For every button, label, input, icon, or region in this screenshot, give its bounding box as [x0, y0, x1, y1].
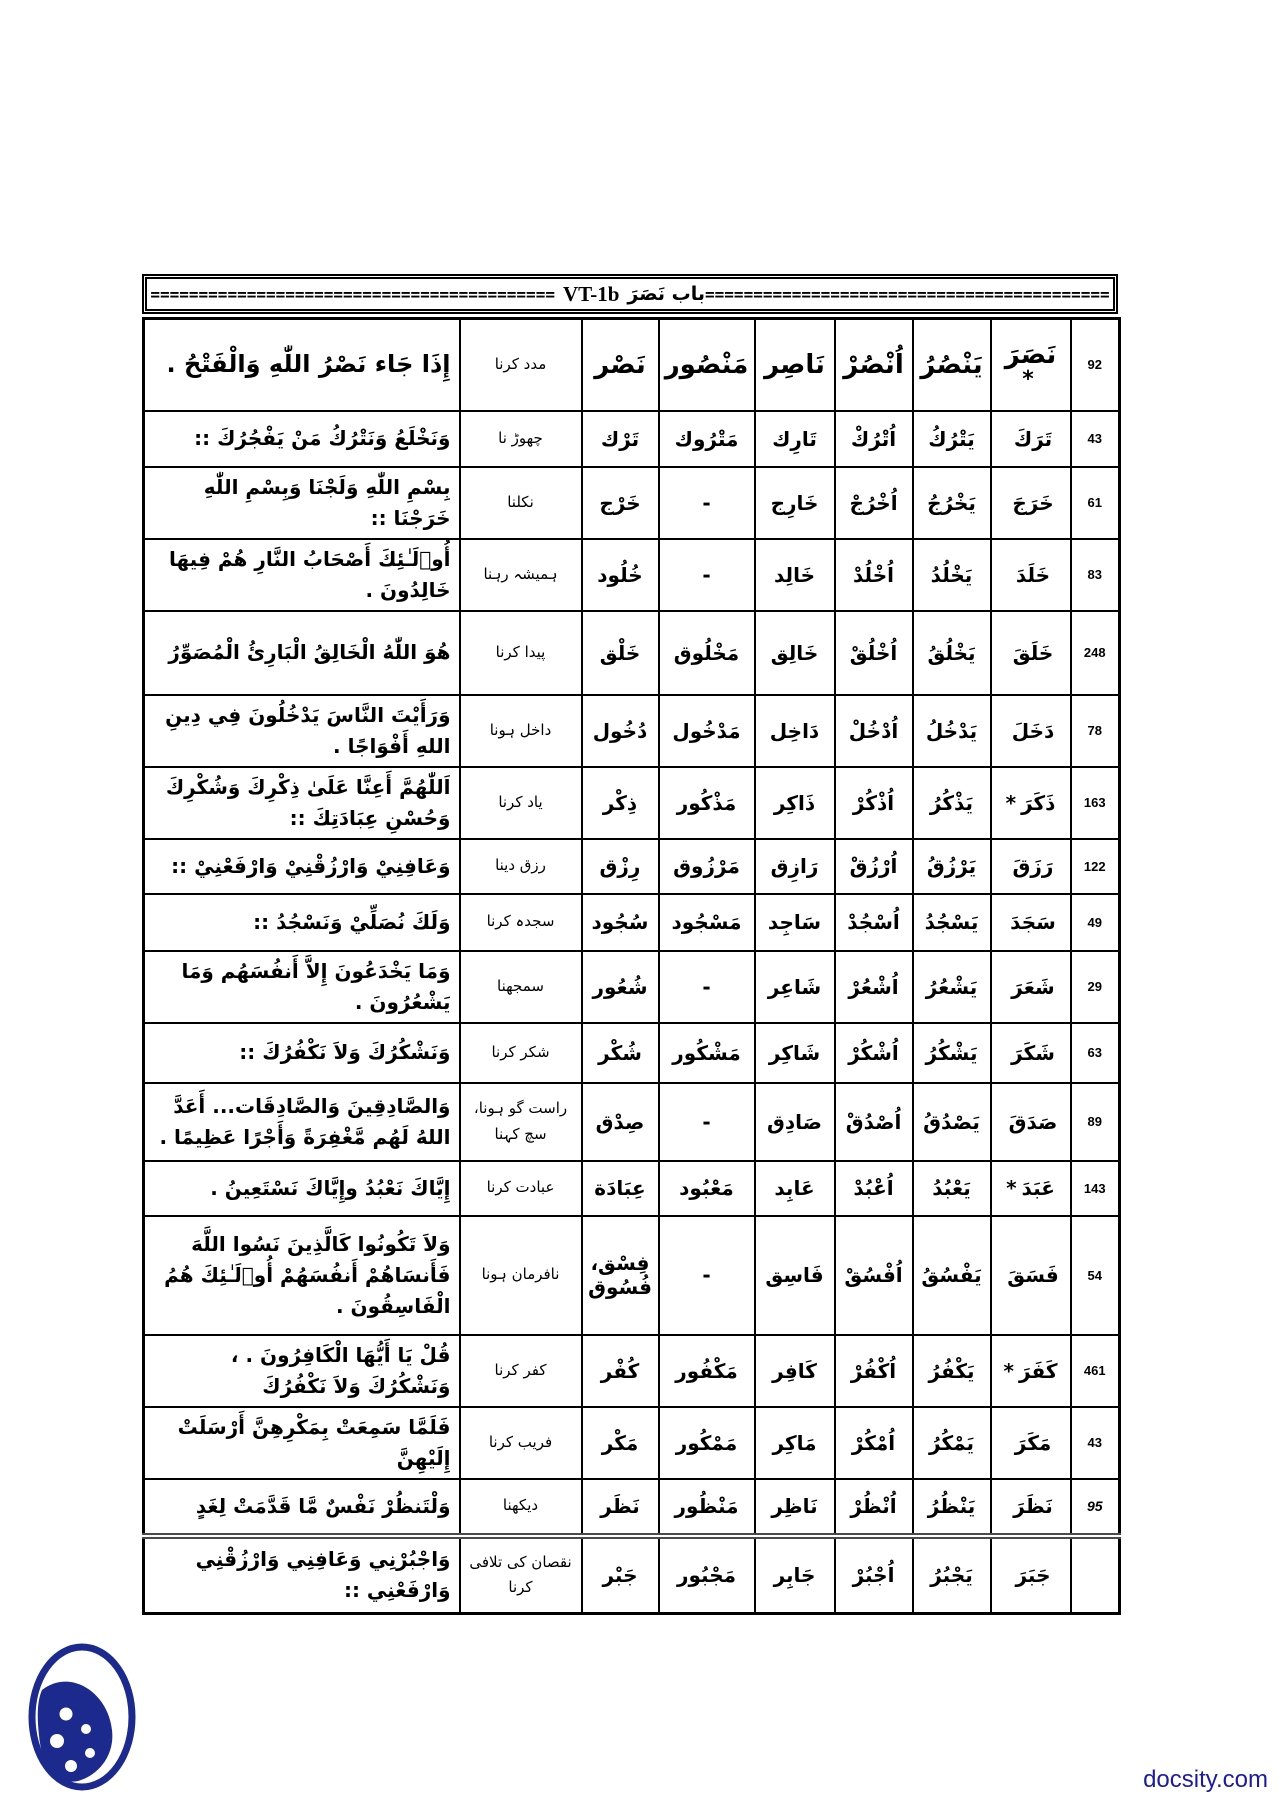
- cell-present-tense: يَخْرُجُ: [913, 467, 991, 539]
- cell-masdar: شُكْر: [582, 1023, 659, 1083]
- frequency-star-marker: *: [1006, 1176, 1016, 1200]
- cell-imperative: اُخْلُدْ: [835, 539, 913, 611]
- cell-passive-participle: مَرْزُوق: [659, 839, 755, 894]
- cell-active-participle: خَالِد: [755, 539, 835, 611]
- frequency-star-marker: *: [995, 370, 1062, 390]
- cell-passive-participle: -: [659, 539, 755, 611]
- cell-active-participle: مَاكِر: [755, 1407, 835, 1479]
- cell-serial-number: 92: [1071, 319, 1120, 411]
- page-header-box: ========================================…: [142, 274, 1118, 314]
- cell-imperative: اُسْجُدْ: [835, 894, 913, 951]
- table-row: جَبَرَ يَجْبُرُ اُجْبُرْ جَابِر مَجْبُور…: [144, 1536, 1120, 1614]
- past-verb: نَظَرَ: [1013, 1494, 1052, 1518]
- cell-present-tense: يَشْعُرُ: [913, 951, 991, 1023]
- cell-imperative: اُنْصُرْ: [835, 319, 913, 411]
- cell-imperative: اُذْكُرْ: [835, 767, 913, 839]
- cell-past-tense: رَزَقَ: [991, 839, 1071, 894]
- cell-urdu-meaning: مدد کرنا: [460, 319, 582, 411]
- cell-passive-participle: مَنْصُور: [659, 319, 755, 411]
- cell-imperative: اُدْخُلْ: [835, 695, 913, 767]
- table-row: 95 نَظَرَ يَنْظُرُ اُنْظُرْ نَاظِر مَنْظ…: [144, 1479, 1120, 1536]
- cell-past-tense: صَدَقَ: [991, 1083, 1071, 1161]
- table-row: 122 رَزَقَ يَرْزُقُ اُرْزُقْ رَازِق مَرْ…: [144, 839, 1120, 894]
- cell-past-tense: شَعَرَ: [991, 951, 1071, 1023]
- cell-serial-number: 43: [1071, 411, 1120, 467]
- cell-present-tense: يَخْلُقُ: [913, 611, 991, 695]
- table-row: 143 عَبَدَ* يَعْبُدُ اُعْبُدْ عَابِد مَع…: [144, 1161, 1120, 1216]
- past-verb: مَكَرَ: [1015, 1431, 1051, 1455]
- cell-past-tense: خَرَجَ: [991, 467, 1071, 539]
- cell-quran-example: وَالصَّادِقِينَ وَالصَّادِقَات... أَعَدَ…: [144, 1083, 460, 1161]
- cell-active-participle: سَاجِد: [755, 894, 835, 951]
- verb-table-body: 92 نَصَرَ* يَنْصُرُ اُنْصُرْ نَاصِر مَنْ…: [144, 319, 1120, 1614]
- cell-passive-participle: مَسْجُود: [659, 894, 755, 951]
- cell-quran-example: إِذَا جَاء نَصْرُ اللّٰهِ وَالْفَتْحُ .: [144, 319, 460, 411]
- cell-passive-participle: مَدْخُول: [659, 695, 755, 767]
- cell-quran-example: وَلْتَنظُرْ نَفْسٌ مَّا قَدَّمَتْ لِغَدٍ: [144, 1479, 460, 1536]
- cell-quran-example: وَنَشْكُرُكَ وَلاَ نَكْفُرُكَ ::: [144, 1023, 460, 1083]
- cell-urdu-meaning: راست گو ہونا، سچ کہنا: [460, 1083, 582, 1161]
- cell-quran-example: وَلاَ تَكُونُوا كَالَّذِينَ نَسُوا اللَّ…: [144, 1216, 460, 1335]
- table-row: 78 دَخَلَ يَدْخُلُ اُدْخُلْ دَاخِل مَدْخ…: [144, 695, 1120, 767]
- cell-urdu-meaning: شکر کرنا: [460, 1023, 582, 1083]
- cell-serial-number: 54: [1071, 1216, 1120, 1335]
- cell-passive-participle: مَخْلُوق: [659, 611, 755, 695]
- cell-passive-participle: مَتْرُوك: [659, 411, 755, 467]
- docsity-logo-icon: [26, 1642, 138, 1792]
- docsity-logo: [26, 1642, 138, 1792]
- table-row: 43 تَرَكَ يَتْرُكُ اُتْرُكْ تَارِك مَتْر…: [144, 411, 1120, 467]
- cell-masdar: سُجُود: [582, 894, 659, 951]
- cell-imperative: اُمْكُرْ: [835, 1407, 913, 1479]
- cell-masdar: خَرْج: [582, 467, 659, 539]
- cell-quran-example: بِسْمِ اللّٰهِ وَلَجْنَا وَبِسْمِ اللّٰه…: [144, 467, 460, 539]
- past-verb: شَعَرَ: [1011, 975, 1054, 999]
- cell-past-tense: خَلَقَ: [991, 611, 1071, 695]
- past-verb: خَلَدَ: [1016, 563, 1050, 587]
- cell-present-tense: يَصْدُقُ: [913, 1083, 991, 1161]
- past-verb: سَجَدَ: [1010, 910, 1056, 934]
- cell-past-tense: كَفَرَ*: [991, 1335, 1071, 1407]
- cell-urdu-meaning: عبادت کرنا: [460, 1161, 582, 1216]
- cell-urdu-meaning: ہمیشہ رہنا: [460, 539, 582, 611]
- cell-imperative: اُصْدُقْ: [835, 1083, 913, 1161]
- cell-masdar: تَرْك: [582, 411, 659, 467]
- equals-right-decoration: ========================================…: [705, 285, 1110, 304]
- cell-urdu-meaning: چھوڑ نا: [460, 411, 582, 467]
- cell-active-participle: عَابِد: [755, 1161, 835, 1216]
- cell-present-tense: يَسْجُدُ: [913, 894, 991, 951]
- cell-serial-number: [1071, 1536, 1120, 1614]
- frequency-star-marker: *: [1006, 791, 1016, 815]
- cell-urdu-meaning: داخل ہونا: [460, 695, 582, 767]
- cell-urdu-meaning: سجدہ کرنا: [460, 894, 582, 951]
- scanned-page: ========================================…: [0, 0, 1280, 1811]
- cell-masdar: خُلُود: [582, 539, 659, 611]
- cell-active-participle: صَادِق: [755, 1083, 835, 1161]
- cell-imperative: اُجْبُرْ: [835, 1536, 913, 1614]
- cell-past-tense: نَصَرَ*: [991, 319, 1071, 411]
- cell-active-participle: خَالِق: [755, 611, 835, 695]
- cell-urdu-meaning: نقصان کی تلافی کرنا: [460, 1536, 582, 1614]
- cell-present-tense: يَنْصُرُ: [913, 319, 991, 411]
- table-row: 461 كَفَرَ* يَكْفُرُ اُكْفُرْ كَافِر مَك…: [144, 1335, 1120, 1407]
- cell-imperative: اُفْسُقْ: [835, 1216, 913, 1335]
- cell-serial-number: 122: [1071, 839, 1120, 894]
- cell-past-tense: جَبَرَ: [991, 1536, 1071, 1614]
- cell-masdar: رِزْق: [582, 839, 659, 894]
- cell-past-tense: شَكَرَ: [991, 1023, 1071, 1083]
- cell-present-tense: يَخْلُدُ: [913, 539, 991, 611]
- cell-passive-participle: مَشْكُور: [659, 1023, 755, 1083]
- table-row: 61 خَرَجَ يَخْرُجُ اُخْرُجْ خَارِج - خَر…: [144, 467, 1120, 539]
- cell-active-participle: دَاخِل: [755, 695, 835, 767]
- cell-quran-example: أُو۟لَـٰئِكَ أَصْحَابُ النَّارِ هُمْ فِي…: [144, 539, 460, 611]
- cell-present-tense: يَذْكُرُ: [913, 767, 991, 839]
- cell-serial-number: 43: [1071, 1407, 1120, 1479]
- cell-present-tense: يَفْسُقُ: [913, 1216, 991, 1335]
- cell-past-tense: نَظَرَ: [991, 1479, 1071, 1536]
- worksheet: ========================================…: [142, 274, 1118, 1615]
- cell-serial-number: 61: [1071, 467, 1120, 539]
- cell-quran-example: وَاجْبُرْنِي وَعَافِنِي وَارْزُقْنِي وَا…: [144, 1536, 460, 1614]
- cell-imperative: اُخْلُقْ: [835, 611, 913, 695]
- past-verb: عَبَدَ: [1022, 1176, 1055, 1200]
- frequency-star-marker: *: [1004, 1359, 1014, 1383]
- cell-quran-example: وَنَخْلَعُ وَنَتْرُكُ مَنْ يَفْجُرُكَ ::: [144, 411, 460, 467]
- cell-serial-number: 63: [1071, 1023, 1120, 1083]
- cell-active-participle: تَارِك: [755, 411, 835, 467]
- cell-active-participle: كَافِر: [755, 1335, 835, 1407]
- past-verb: ذَكَرَ: [1021, 791, 1055, 815]
- cell-present-tense: يَدْخُلُ: [913, 695, 991, 767]
- cell-passive-participle: -: [659, 467, 755, 539]
- past-verb: نَصَرَ: [1005, 340, 1057, 370]
- cell-active-participle: نَاصِر: [755, 319, 835, 411]
- cell-active-participle: ذَاكِر: [755, 767, 835, 839]
- past-verb: تَرَكَ: [1014, 427, 1052, 451]
- cell-quran-example: وَلَكَ نُصَلِّيْ وَنَسْجُدُ ::: [144, 894, 460, 951]
- cell-quran-example: قُلْ يَا أَيُّهَا الْكَافِرُونَ . ، وَنَ…: [144, 1335, 460, 1407]
- cell-quran-example: وَرَأَيْتَ النَّاسَ يَدْخُلُونَ فِي دِين…: [144, 695, 460, 767]
- past-verb: جَبَرَ: [1015, 1563, 1050, 1587]
- cell-urdu-meaning: یاد کرنا: [460, 767, 582, 839]
- cell-serial-number: 89: [1071, 1083, 1120, 1161]
- cell-masdar: نَصْر: [582, 319, 659, 411]
- cell-serial-number: 163: [1071, 767, 1120, 839]
- cell-masdar: عِبَادَة: [582, 1161, 659, 1216]
- table-row: 49 سَجَدَ يَسْجُدُ اُسْجُدْ سَاجِد مَسْج…: [144, 894, 1120, 951]
- cell-passive-participle: مَنْظُور: [659, 1479, 755, 1536]
- cell-passive-participle: -: [659, 1216, 755, 1335]
- cell-serial-number: 143: [1071, 1161, 1120, 1216]
- table-row: 54 فَسَقَ يَفْسُقُ اُفْسُقْ فَاسِق - فِس…: [144, 1216, 1120, 1335]
- cell-urdu-meaning: رزق دینا: [460, 839, 582, 894]
- cell-past-tense: تَرَكَ: [991, 411, 1071, 467]
- cell-passive-participle: مَعْبُود: [659, 1161, 755, 1216]
- cell-past-tense: عَبَدَ*: [991, 1161, 1071, 1216]
- table-row: 29 شَعَرَ يَشْعُرُ اُشْعُرْ شَاعِر - شُع…: [144, 951, 1120, 1023]
- cell-passive-participle: -: [659, 1083, 755, 1161]
- verb-conjugation-table: 92 نَصَرَ* يَنْصُرُ اُنْصُرْ نَاصِر مَنْ…: [142, 317, 1121, 1615]
- chapter-title: باب نَصَرَ: [627, 283, 705, 305]
- cell-urdu-meaning: سمجھنا: [460, 951, 582, 1023]
- docsity-watermark-link[interactable]: docsity.com: [1143, 1766, 1268, 1794]
- cell-active-participle: رَازِق: [755, 839, 835, 894]
- cell-past-tense: دَخَلَ: [991, 695, 1071, 767]
- cell-active-participle: نَاظِر: [755, 1479, 835, 1536]
- cell-present-tense: يَرْزُقُ: [913, 839, 991, 894]
- cell-quran-example: اَللّٰهُمَّ أَعِنَّا عَلَىٰ ذِكْرِكَ وَش…: [144, 767, 460, 839]
- cell-imperative: اُنْظُرْ: [835, 1479, 913, 1536]
- table-row: 63 شَكَرَ يَشْكُرُ اُشْكُرْ شَاكِر مَشْك…: [144, 1023, 1120, 1083]
- table-row: 163 ذَكَرَ* يَذْكُرُ اُذْكُرْ ذَاكِر مَذ…: [144, 767, 1120, 839]
- cell-active-participle: فَاسِق: [755, 1216, 835, 1335]
- cell-present-tense: يَشْكُرُ: [913, 1023, 991, 1083]
- equals-left-decoration: ========================================…: [150, 285, 555, 304]
- past-verb: رَزَقَ: [1013, 854, 1054, 878]
- past-verb: فَسَقَ: [1007, 1263, 1058, 1287]
- cell-past-tense: مَكَرَ: [991, 1407, 1071, 1479]
- past-verb: خَرَجَ: [1012, 491, 1053, 515]
- cell-urdu-meaning: کفر کرنا: [460, 1335, 582, 1407]
- cell-imperative: اُكْفُرْ: [835, 1335, 913, 1407]
- past-verb: صَدَقَ: [1009, 1110, 1058, 1134]
- cell-quran-example: إِيَّاكَ نَعْبُدُ وإِيَّاكَ نَسْتَعِينُ …: [144, 1161, 460, 1216]
- cell-quran-example: وَعَافِنِيْ وَارْزُقْنِيْ وَارْفَعْنِيْ …: [144, 839, 460, 894]
- vt-code-label: VT-1b: [563, 282, 619, 307]
- cell-passive-participle: مَكْفُور: [659, 1335, 755, 1407]
- cell-imperative: اُتْرُكْ: [835, 411, 913, 467]
- cell-serial-number: 248: [1071, 611, 1120, 695]
- cell-passive-participle: مَمْكُور: [659, 1407, 755, 1479]
- table-row: 83 خَلَدَ يَخْلُدُ اُخْلُدْ خَالِد - خُل…: [144, 539, 1120, 611]
- cell-imperative: اُعْبُدْ: [835, 1161, 913, 1216]
- past-verb: خَلَقَ: [1013, 641, 1054, 665]
- cell-present-tense: يَتْرُكُ: [913, 411, 991, 467]
- cell-masdar: خَلْق: [582, 611, 659, 695]
- cell-quran-example: فَلَمَّا سَمِعَتْ بِمَكْرِهِنَّ أَرْسَلَ…: [144, 1407, 460, 1479]
- cell-past-tense: فَسَقَ: [991, 1216, 1071, 1335]
- cell-passive-participle: مَجْبُور: [659, 1536, 755, 1614]
- cell-imperative: اُشْعُرْ: [835, 951, 913, 1023]
- cell-urdu-meaning: نکلنا: [460, 467, 582, 539]
- cell-masdar: دُخُول: [582, 695, 659, 767]
- table-row: 89 صَدَقَ يَصْدُقُ اُصْدُقْ صَادِق - صِد…: [144, 1083, 1120, 1161]
- cell-present-tense: يَنْظُرُ: [913, 1479, 991, 1536]
- cell-passive-participle: مَذْكُور: [659, 767, 755, 839]
- table-row: 248 خَلَقَ يَخْلُقُ اُخْلُقْ خَالِق مَخْ…: [144, 611, 1120, 695]
- cell-serial-number: 78: [1071, 695, 1120, 767]
- cell-imperative: اُشْكُرْ: [835, 1023, 913, 1083]
- cell-present-tense: يَكْفُرُ: [913, 1335, 991, 1407]
- cell-passive-participle: -: [659, 951, 755, 1023]
- cell-serial-number: 29: [1071, 951, 1120, 1023]
- cell-masdar: صِدْق: [582, 1083, 659, 1161]
- cell-active-participle: شَاعِر: [755, 951, 835, 1023]
- cell-serial-number: 461: [1071, 1335, 1120, 1407]
- cell-past-tense: خَلَدَ: [991, 539, 1071, 611]
- cell-quran-example: وَمَا يَخْدَعُونَ إِلاَّ أَنفُسَهُم وَمَ…: [144, 951, 460, 1023]
- cell-urdu-meaning: دیکھنا: [460, 1479, 582, 1536]
- cell-active-participle: جَابِر: [755, 1536, 835, 1614]
- cell-past-tense: ذَكَرَ*: [991, 767, 1071, 839]
- cell-imperative: اُرْزُقْ: [835, 839, 913, 894]
- cell-masdar: فِسْق، فُسُوق: [582, 1216, 659, 1335]
- cell-imperative: اُخْرُجْ: [835, 467, 913, 539]
- cell-urdu-meaning: پیدا کرنا: [460, 611, 582, 695]
- cell-masdar: ذِكْر: [582, 767, 659, 839]
- table-row: 92 نَصَرَ* يَنْصُرُ اُنْصُرْ نَاصِر مَنْ…: [144, 319, 1120, 411]
- cell-present-tense: يَمْكُرُ: [913, 1407, 991, 1479]
- cell-present-tense: يَعْبُدُ: [913, 1161, 991, 1216]
- cell-active-participle: شَاكِر: [755, 1023, 835, 1083]
- cell-present-tense: يَجْبُرُ: [913, 1536, 991, 1614]
- past-verb: كَفَرَ: [1019, 1359, 1057, 1383]
- cell-serial-number: 49: [1071, 894, 1120, 951]
- cell-urdu-meaning: نافرمان ہونا: [460, 1216, 582, 1335]
- cell-past-tense: سَجَدَ: [991, 894, 1071, 951]
- cell-masdar: مَكْر: [582, 1407, 659, 1479]
- cell-masdar: نَظَر: [582, 1479, 659, 1536]
- cell-masdar: كُفْر: [582, 1335, 659, 1407]
- cell-masdar: جَبْر: [582, 1536, 659, 1614]
- past-verb: شَكَرَ: [1011, 1041, 1055, 1065]
- table-row: 43 مَكَرَ يَمْكُرُ اُمْكُرْ مَاكِر مَمْك…: [144, 1407, 1120, 1479]
- cell-masdar: شُعُور: [582, 951, 659, 1023]
- past-verb: دَخَلَ: [1012, 719, 1055, 743]
- cell-quran-example: هُوَ اللّٰهُ الْخَالِقُ الْبَارِئُ الْمُ…: [144, 611, 460, 695]
- cell-serial-number: 95: [1071, 1479, 1120, 1536]
- cell-serial-number: 83: [1071, 539, 1120, 611]
- cell-active-participle: خَارِج: [755, 467, 835, 539]
- cell-urdu-meaning: فریب کرنا: [460, 1407, 582, 1479]
